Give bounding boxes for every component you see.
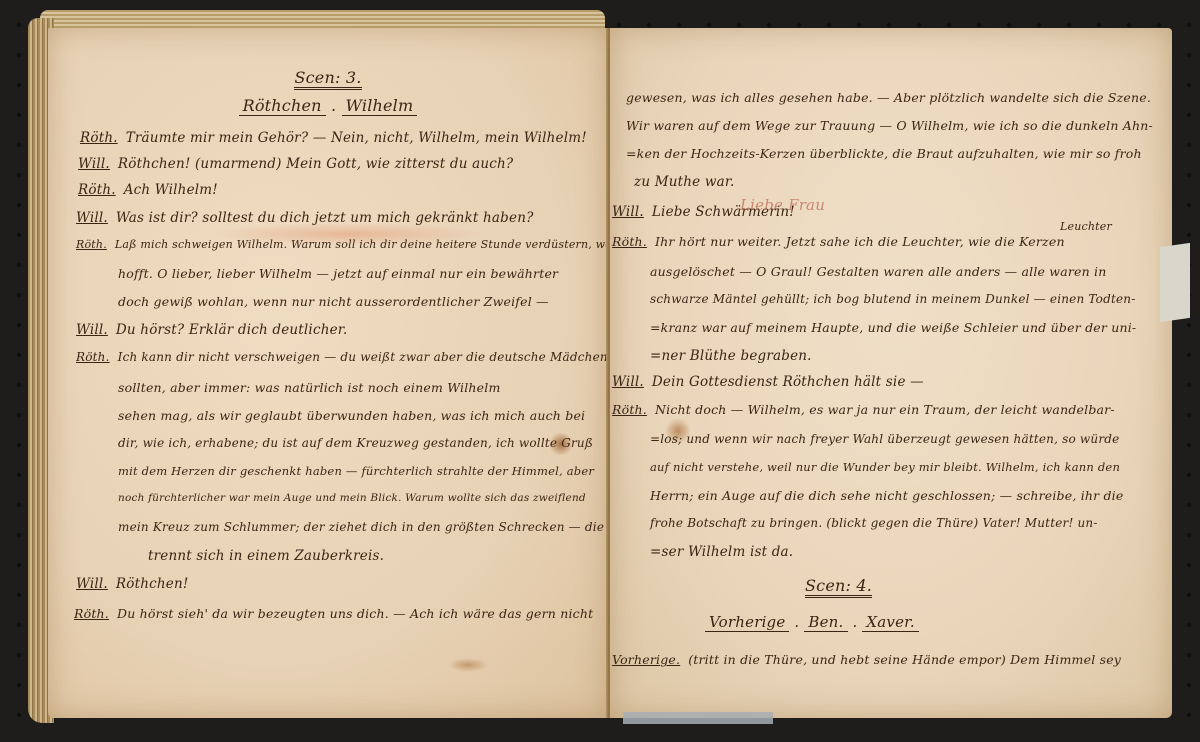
dialogue-line: doch gewiß wohlan, wenn nur nicht ausser… [118,294,549,309]
dialogue-line: ausgelöschet — O Graul! Gestalten waren … [650,264,1107,279]
dialogue-line: noch fürchterlicher war mein Auge und me… [118,492,586,504]
dialogue-line: Röth.Träumte mir mein Gehör? — Nein, nic… [80,130,587,146]
characters-heading: Röthchen . Wilhelm [48,96,608,115]
dialogue-line: Röth.Ach Wilhelm! [78,182,218,198]
scene-heading: Scen: 3. [48,68,608,87]
dialogue-line: sehen mag, als wir geglaubt überwunden h… [118,408,585,423]
dialogue-line: sollten, aber immer: was natürlich ist n… [118,380,501,395]
dialogue-line: Will.Röthchen! [76,576,188,592]
dialogue-line: Will.Was ist dir? solltest du dich jetzt… [76,210,534,226]
dialogue-line: Röth.Du hörst sieh' da wir bezeugten uns… [74,606,593,621]
dialogue-line: mit dem Herzen dir geschenkt haben — für… [118,464,594,478]
open-manuscript-book: Scen: 3. Röthchen . Wilhelm Röth.Träumte… [28,10,1178,735]
dialogue-line: Röth.Ich kann dir nicht verschweigen — d… [76,350,608,364]
paper-slip [1160,243,1190,322]
dialogue-line: Will.Dein Gottesdienst Röthchen hält sie… [612,374,924,390]
dialogue-line: =ner Blüthe begraben. [650,348,812,364]
ink-stain [448,658,488,672]
dialogue-line: Herrn; ein Auge auf die dich sehe nicht … [650,488,1123,503]
dialogue-line: mein Kreuz zum Schlummer; der ziehet dic… [118,520,604,534]
dialogue-line: Vorherige.(tritt in die Thüre, und hebt … [612,652,1121,667]
dialogue-line: =ser Wilhelm ist da. [650,544,793,560]
dialogue-line: Wir waren auf dem Wege zur Trauung — O W… [626,118,1153,133]
dialogue-line: gewesen, was ich alles gesehen habe. — A… [626,90,1151,105]
dialogue-line: frohe Botschaft zu bringen. (blickt gege… [650,516,1098,530]
interlinear-correction: Leuchter [1060,220,1112,233]
dialogue-line: dir, wie ich, erhabene; du ist auf dem K… [118,436,593,450]
scene-heading: Scen: 4. [805,576,872,595]
dialogue-line: Will.Röthchen! (umarmend) Mein Gott, wie… [78,156,513,172]
bookmark-ribbon [623,712,773,724]
dialogue-line: Röth.Ihr hört nur weiter. Jetzt sahe ich… [612,234,1065,249]
dialogue-line: trennt sich in einem Zauberkreis. [148,548,384,564]
left-page: Scen: 3. Röthchen . Wilhelm Röth.Träumte… [48,28,608,718]
dialogue-line: schwarze Mäntel gehüllt; ich bog blutend… [650,292,1136,306]
right-page: gewesen, was ich alles gesehen habe. — A… [610,28,1172,718]
characters-heading: Vorherige . Ben. . Xaver. [705,613,919,631]
dialogue-line: auf nicht verstehe, weil nur die Wunder … [650,460,1120,474]
dialogue-line: Will.Du hörst? Erklär dich deutlicher. [76,322,347,338]
dialogue-line: =ken der Hochzeits-Kerzen überblickte, d… [626,146,1142,161]
red-marginal-inscription: Liebe Frau [740,196,825,214]
dialogue-line: =kranz war auf meinem Haupte, und die we… [650,320,1136,335]
dialogue-line: =los; und wenn wir nach freyer Wahl über… [650,432,1119,446]
dialogue-line: zu Muthe war. [634,174,734,190]
dialogue-line: hofft. O lieber, lieber Wilhelm — jetzt … [118,266,558,281]
dialogue-line: Röth.Nicht doch — Wilhelm, es war ja nur… [612,402,1115,417]
page-stack-top-edge [40,10,605,30]
